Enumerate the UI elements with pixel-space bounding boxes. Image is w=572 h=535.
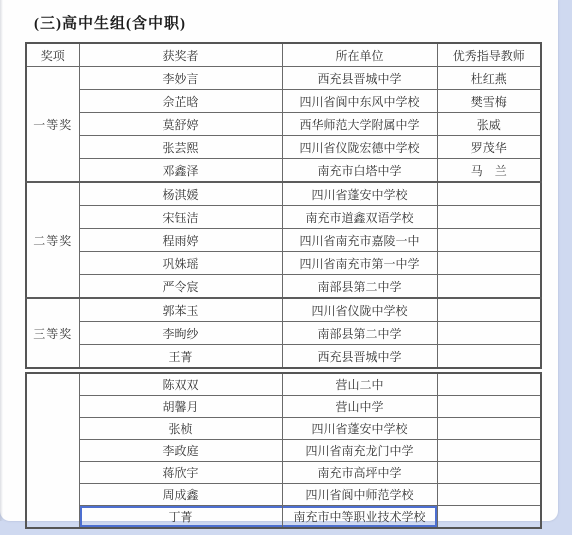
winner-name: 李政庭: [79, 440, 282, 462]
table-row: 张芸熙四川省仪陇宏德中学校罗茂华: [26, 136, 541, 159]
award-table-continued: 陈双双营山二中胡馨月营山中学张桢四川省蓬安中学校李政庭四川省南充龙门中学蒋欣宇南…: [25, 372, 542, 529]
school-name: 营山中学: [282, 396, 437, 418]
teacher-name: [437, 322, 541, 345]
col-header-teacher: 优秀指导教师: [437, 43, 541, 67]
table-row: 丁菁南充市中等职业技术学校: [26, 506, 541, 529]
teacher-name: 罗茂华: [437, 136, 541, 159]
teacher-name: [437, 229, 541, 252]
teacher-name: 马 兰: [437, 159, 541, 183]
award-table-main: 奖项 获奖者 所在单位 优秀指导教师 一等奖李妙言西充县晋城中学杜红燕佘芷晗四川…: [25, 42, 542, 369]
award-label: 一等奖: [26, 67, 79, 183]
winner-name: 蒋欣宇: [79, 462, 282, 484]
winner-name: 胡馨月: [79, 396, 282, 418]
table-row: 邓鑫泽南充市白塔中学马 兰: [26, 159, 541, 183]
winner-name: 丁菁: [79, 506, 282, 529]
teacher-name: [437, 345, 541, 369]
winner-name: 郭苯玉: [79, 298, 282, 322]
col-header-winner: 获奖者: [79, 43, 282, 67]
teacher-name: [437, 182, 541, 206]
school-name: 四川省蓬安中学校: [282, 418, 437, 440]
school-name: 四川省南充市嘉陵一中: [282, 229, 437, 252]
left-scan-shade: [0, 0, 3, 521]
screenshot-canvas: (三)高中生组(含中职) 奖项 获奖者 所在单位 优秀指导教师 一等奖李妙言西充…: [0, 0, 572, 535]
table-row: 二等奖杨淇媛四川省蓬安中学校: [26, 182, 541, 206]
table-row: 胡馨月营山中学: [26, 396, 541, 418]
winner-name: 程雨婷: [79, 229, 282, 252]
school-name: 四川省阆中师范学校: [282, 484, 437, 506]
award-label: [26, 373, 79, 528]
winner-name: 李妙言: [79, 67, 282, 90]
award-label: 三等奖: [26, 298, 79, 368]
school-name: 南充市道鑫双语学校: [282, 206, 437, 229]
teacher-name: [437, 440, 541, 462]
table-row: 陈双双营山二中: [26, 373, 541, 396]
teacher-name: [437, 298, 541, 322]
school-name: 四川省蓬安中学校: [282, 182, 437, 206]
table-row: 李政庭四川省南充龙门中学: [26, 440, 541, 462]
school-name: 西充县晋城中学: [282, 67, 437, 90]
winner-name: 张芸熙: [79, 136, 282, 159]
table-row: 莫舒婷西华师范大学附属中学张威: [26, 113, 541, 136]
teacher-name: [437, 462, 541, 484]
winner-name: 杨淇媛: [79, 182, 282, 206]
teacher-name: [437, 373, 541, 396]
col-header-award: 奖项: [26, 43, 79, 67]
table-row: 宋钰洁南充市道鑫双语学校: [26, 206, 541, 229]
table-row: 一等奖李妙言西充县晋城中学杜红燕: [26, 67, 541, 90]
section-title: (三)高中生组(含中职): [34, 12, 186, 33]
teacher-name: 张威: [437, 113, 541, 136]
school-name: 四川省仪陇宏德中学校: [282, 136, 437, 159]
winner-name: 巩姝瑶: [79, 252, 282, 275]
table-row: 巩姝瑶四川省南充市第一中学: [26, 252, 541, 275]
winner-name: 佘芷晗: [79, 90, 282, 113]
school-name: 四川省南充市第一中学: [282, 252, 437, 275]
table-row: 三等奖郭苯玉四川省仪陇中学校: [26, 298, 541, 322]
winner-name: 王菁: [79, 345, 282, 369]
teacher-name: 杜红燕: [437, 67, 541, 90]
school-name: 西华师范大学附属中学: [282, 113, 437, 136]
teacher-name: [437, 275, 541, 299]
school-name: 南部县第二中学: [282, 322, 437, 345]
award-table: 奖项 获奖者 所在单位 优秀指导教师 一等奖李妙言西充县晋城中学杜红燕佘芷晗四川…: [25, 42, 540, 529]
teacher-name: [437, 396, 541, 418]
winner-name: 邓鑫泽: [79, 159, 282, 183]
table-row: 严令宸南部县第二中学: [26, 275, 541, 299]
school-name: 四川省仪陇中学校: [282, 298, 437, 322]
teacher-name: 樊雪梅: [437, 90, 541, 113]
table-row: 周成鑫四川省阆中师范学校: [26, 484, 541, 506]
teacher-name: [437, 206, 541, 229]
winner-name: 陈双双: [79, 373, 282, 396]
school-name: 四川省阆中东风中学校: [282, 90, 437, 113]
school-name: 营山二中: [282, 373, 437, 396]
winner-name: 宋钰洁: [79, 206, 282, 229]
winner-name: 李昫纱: [79, 322, 282, 345]
winner-name: 周成鑫: [79, 484, 282, 506]
table-row: 王菁西充县晋城中学: [26, 345, 541, 369]
teacher-name: [437, 252, 541, 275]
teacher-name: [437, 418, 541, 440]
teacher-name: [437, 484, 541, 506]
document-sheet: (三)高中生组(含中职) 奖项 获奖者 所在单位 优秀指导教师 一等奖李妙言西充…: [0, 0, 558, 521]
table-header-row: 奖项 获奖者 所在单位 优秀指导教师: [26, 43, 541, 67]
award-label: 二等奖: [26, 182, 79, 298]
school-name: 南充市白塔中学: [282, 159, 437, 183]
winner-name: 莫舒婷: [79, 113, 282, 136]
winner-name: 张桢: [79, 418, 282, 440]
table-row: 程雨婷四川省南充市嘉陵一中: [26, 229, 541, 252]
winner-name: 严令宸: [79, 275, 282, 299]
school-name: 南部县第二中学: [282, 275, 437, 299]
teacher-name: [437, 506, 541, 529]
table-row: 李昫纱南部县第二中学: [26, 322, 541, 345]
school-name: 南充市中等职业技术学校: [282, 506, 437, 529]
col-header-school: 所在单位: [282, 43, 437, 67]
table-row: 佘芷晗四川省阆中东风中学校樊雪梅: [26, 90, 541, 113]
school-name: 四川省南充龙门中学: [282, 440, 437, 462]
table-row: 张桢四川省蓬安中学校: [26, 418, 541, 440]
table-row: 蒋欣宇南充市高坪中学: [26, 462, 541, 484]
school-name: 南充市高坪中学: [282, 462, 437, 484]
school-name: 西充县晋城中学: [282, 345, 437, 369]
